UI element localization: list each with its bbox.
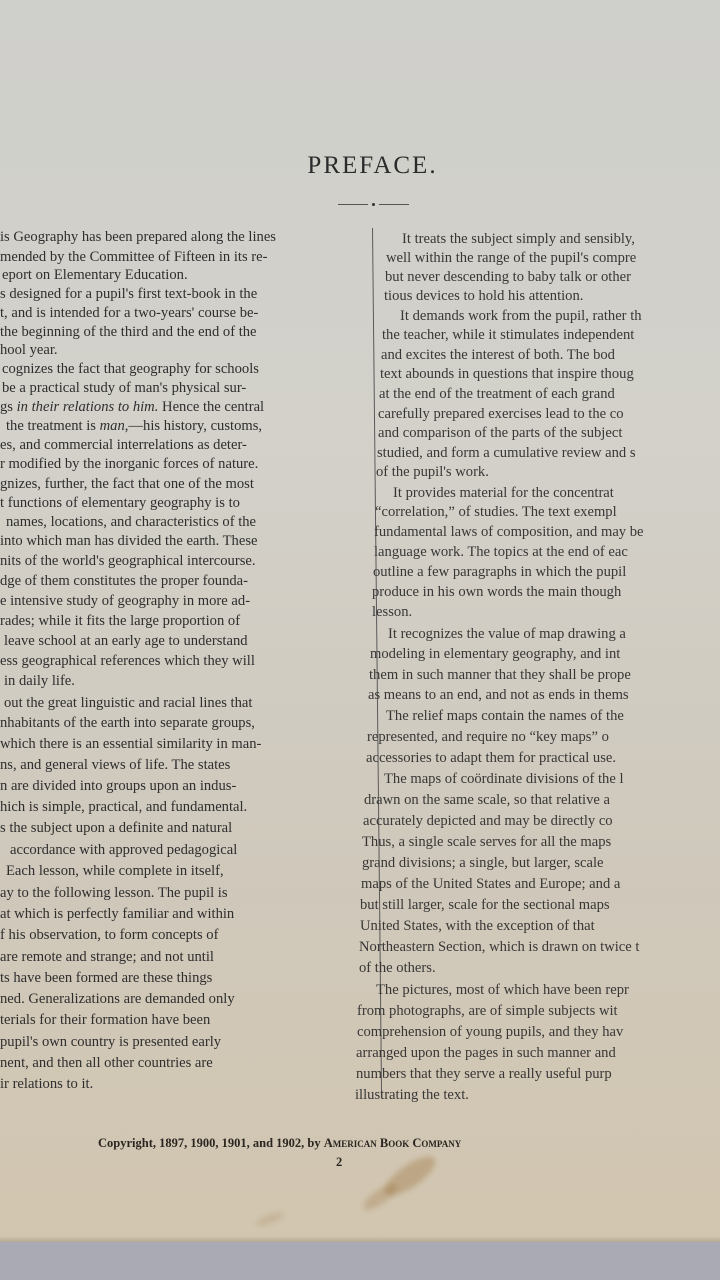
text-line: hich is simple, practical, and fundament… bbox=[0, 800, 247, 815]
text-line: r modified by the inorganic forces of na… bbox=[0, 457, 258, 472]
table-surface bbox=[0, 1242, 720, 1280]
text-line: n are divided into groups upon an indus- bbox=[0, 779, 236, 794]
text-line: as means to an end, and not as ends in t… bbox=[368, 688, 629, 703]
text-line: at which is perfectly familiar and withi… bbox=[0, 907, 234, 922]
text-line: ts have been formed are these things bbox=[0, 971, 212, 986]
text-line: s designed for a pupil's first text-book… bbox=[0, 287, 257, 302]
text-line: into which man has divided the earth. Th… bbox=[0, 534, 258, 549]
text-line: but still larger, scale for the sectiona… bbox=[360, 898, 610, 913]
text-line: but never descending to baby talk or oth… bbox=[385, 270, 631, 285]
text-line: It demands work from the pupil, rather t… bbox=[400, 309, 642, 324]
text-line: cognizes the fact that geography for sch… bbox=[2, 362, 259, 377]
text-line: It provides material for the concentrat bbox=[393, 486, 614, 501]
text-line: be a practical study of man's physical s… bbox=[2, 381, 246, 396]
text-line: outline a few paragraphs in which the pu… bbox=[373, 565, 626, 580]
text-line: ay to the following lesson. The pupil is bbox=[0, 886, 228, 901]
book-page: PREFACE. is Geography has been prepared … bbox=[0, 0, 720, 1242]
publisher-name: American Book Company bbox=[324, 1136, 461, 1150]
page-title: PREFACE. bbox=[0, 152, 720, 180]
text-line: lesson. bbox=[372, 605, 412, 620]
copyright-text: Copyright, 1897, 1900, 1901, and 1902, b… bbox=[98, 1136, 324, 1150]
text-line: in daily life. bbox=[4, 674, 75, 689]
text-line: The maps of coördinate divisions of the … bbox=[384, 772, 624, 787]
text-line: leave school at an early age to understa… bbox=[4, 634, 248, 649]
text-line: e intensive study of geography in more a… bbox=[0, 594, 250, 609]
text-line: the beginning of the third and the end o… bbox=[0, 325, 257, 340]
text-line: which there is an essential similarity i… bbox=[0, 737, 261, 752]
water-stain bbox=[255, 1210, 286, 1228]
text-segment: —his history, customs, bbox=[128, 418, 262, 434]
text-line: is Geography has been prepared along the… bbox=[0, 230, 276, 245]
text-segment: gs bbox=[0, 399, 17, 415]
text-line: It treats the subject simply and sensibl… bbox=[402, 232, 635, 247]
text-line: grand divisions; a single, but larger, s… bbox=[362, 856, 604, 871]
water-stain bbox=[360, 1180, 401, 1214]
text-line: illustrating the text. bbox=[355, 1088, 469, 1103]
text-line: names, locations, and characteristics of… bbox=[6, 515, 256, 530]
text-line: the teacher, while it stimulates indepen… bbox=[382, 328, 634, 343]
text-line: It recognizes the value of map drawing a bbox=[388, 627, 626, 642]
text-line: text abounds in questions that inspire t… bbox=[380, 367, 634, 382]
text-line: arranged upon the pages in such manner a… bbox=[356, 1046, 616, 1061]
text-line: accordance with approved pedagogical bbox=[10, 843, 237, 858]
text-line: f his observation, to form concepts of bbox=[0, 928, 218, 943]
text-line: t, and is intended for a two-years' cour… bbox=[0, 306, 258, 321]
text-line: at the end of the treatment of each gran… bbox=[379, 387, 615, 402]
text-line: out the great linguistic and racial line… bbox=[4, 696, 252, 711]
text-line: United States, with the exception of tha… bbox=[360, 919, 595, 934]
text-line: modeling in elementary geography, and in… bbox=[370, 647, 620, 662]
text-line: mended by the Committee of Fifteen in it… bbox=[0, 250, 268, 265]
text-line: the treatment is man,—his history, custo… bbox=[6, 419, 262, 434]
text-line: es, and commercial interrelations as det… bbox=[0, 438, 247, 453]
text-line: rades; while it fits the large proportio… bbox=[0, 614, 240, 629]
text-line: nhabitants of the earth into separate gr… bbox=[0, 716, 255, 731]
italic-segment: in their relations to him. bbox=[17, 399, 159, 415]
text-line: eport on Elementary Education. bbox=[2, 268, 188, 283]
text-line: ess geographical references which they w… bbox=[0, 654, 255, 669]
text-line: represented, and require no “key maps” o bbox=[367, 730, 609, 745]
text-line: ned. Generalizations are demanded only bbox=[0, 992, 235, 1007]
text-line: of the pupil's work. bbox=[376, 465, 489, 480]
text-line: well within the range of the pupil's com… bbox=[386, 251, 636, 266]
text-line: pupil's own country is presented early bbox=[0, 1035, 221, 1050]
text-line: “correlation,” of studies. The text exem… bbox=[375, 505, 617, 520]
text-line: carefully prepared exercises lead to the… bbox=[378, 407, 624, 422]
italic-segment: man, bbox=[100, 418, 129, 434]
text-line: s the subject upon a definite and natura… bbox=[0, 821, 232, 836]
text-line: accurately depicted and may be directly … bbox=[363, 814, 613, 829]
text-line: accessories to adapt them for practical … bbox=[366, 751, 616, 766]
text-line: are remote and strange; and not until bbox=[0, 950, 214, 965]
text-line: Northeastern Section, which is drawn on … bbox=[359, 940, 639, 955]
text-line: Each lesson, while complete in itself, bbox=[6, 864, 224, 879]
text-line: fundamental laws of composition, and may… bbox=[374, 525, 644, 540]
text-line: comprehension of young pupils, and they … bbox=[357, 1025, 623, 1040]
text-line: The relief maps contain the names of the bbox=[386, 709, 624, 724]
title-ornament bbox=[338, 204, 410, 206]
text-line: The pictures, most of which have been re… bbox=[376, 983, 629, 998]
text-line: ns, and general views of life. The state… bbox=[0, 758, 230, 773]
text-line: tious devices to hold his attention. bbox=[384, 289, 583, 304]
text-line: produce in his own words the main though bbox=[372, 585, 621, 600]
text-line: dge of them constitutes the proper found… bbox=[0, 574, 248, 589]
text-line: drawn on the same scale, so that relativ… bbox=[364, 793, 610, 808]
text-segment: the treatment is bbox=[6, 418, 100, 434]
copyright-notice: Copyright, 1897, 1900, 1901, and 1902, b… bbox=[98, 1136, 461, 1151]
text-line: t functions of elementary geography is t… bbox=[0, 496, 240, 511]
text-line: and comparison of the parts of the subje… bbox=[378, 426, 622, 441]
text-line: terials for their formation have been bbox=[0, 1013, 210, 1028]
text-line: from photographs, are of simple subjects… bbox=[357, 1004, 618, 1019]
page-number: 2 bbox=[336, 1155, 342, 1170]
text-line: ir relations to it. bbox=[0, 1077, 93, 1092]
text-line: Thus, a single scale serves for all the … bbox=[362, 835, 611, 850]
text-line: language work. The topics at the end of … bbox=[374, 545, 628, 560]
text-line: gnizes, further, the fact that one of th… bbox=[0, 477, 254, 492]
text-line: and excites the interest of both. The bo… bbox=[381, 348, 615, 363]
text-line: them in such manner that they shall be p… bbox=[369, 668, 631, 683]
text-line: nent, and then all other countries are bbox=[0, 1056, 213, 1071]
text-line: of the others. bbox=[359, 961, 436, 976]
text-line: studied, and form a cumulative review an… bbox=[377, 446, 636, 461]
text-segment: Hence the central bbox=[158, 399, 264, 415]
text-line: numbers that they serve a really useful … bbox=[356, 1067, 612, 1082]
text-line: nits of the world's geographical interco… bbox=[0, 554, 256, 569]
text-line: maps of the United States and Europe; an… bbox=[361, 877, 620, 892]
text-line: hool year. bbox=[0, 343, 58, 358]
text-line: gs in their relations to him. Hence the … bbox=[0, 400, 264, 415]
